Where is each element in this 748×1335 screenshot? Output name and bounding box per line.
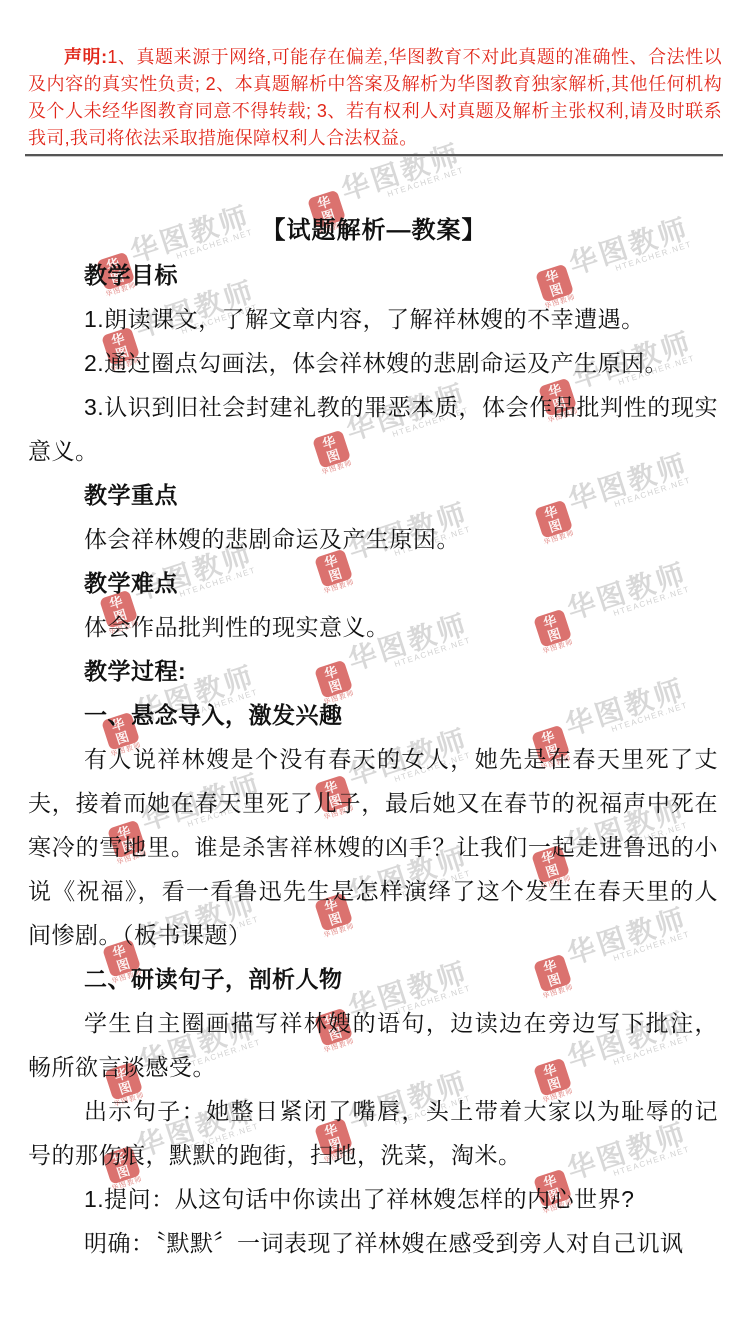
disclaimer-body: 1、真题来源于网络,可能存在偏差,华图教育不对此真题的准确性、合法性以及内容的真… — [28, 47, 722, 148]
document-body: 教学目标1.朗读课文，了解文章内容，了解祥林嫂的不幸遭遇。2.通过圈点勾画法，体… — [28, 253, 718, 1265]
body-paragraph: 明确：〝默默〞一词表现了祥林嫂在感受到旁人对自己讥讽 — [28, 1221, 718, 1265]
body-paragraph: 出示句子：她整日紧闭了嘴唇，头上带着大家以为耻辱的记号的那伤痕，默默的跑街，扫地… — [28, 1089, 718, 1177]
header-divider-line — [25, 154, 723, 157]
section-heading: 二、研读句子，剖析人物 — [28, 957, 718, 1001]
section-heading: 教学难点 — [28, 561, 718, 605]
document-page: 华图华图教师华图教师HTEACHER.NET华图华图教师华图教师HTEACHER… — [0, 0, 748, 1335]
body-paragraph: 学生自主圈画描写祥林嫂的语句，边读边在旁边写下批注，畅所欲言谈感受。 — [28, 1001, 718, 1089]
body-paragraph: 1.朗读课文，了解文章内容，了解祥林嫂的不幸遭遇。 — [28, 297, 718, 341]
section-heading: 教学过程: — [28, 649, 718, 693]
document-content: 声明:1、真题来源于网络,可能存在偏差,华图教育不对此真题的准确性、合法性以及内… — [0, 44, 748, 1265]
section-heading: 教学目标 — [28, 253, 718, 297]
body-paragraph: 3.认识到旧社会封建礼教的罪恶本质，体会作品批判性的现实意义。 — [28, 385, 718, 473]
body-paragraph: 有人说祥林嫂是个没有春天的女人，她先是在春天里死了丈夫，接着而她在春天里死了儿子… — [28, 737, 718, 957]
disclaimer-label: 声明: — [64, 47, 107, 67]
body-paragraph: 2.通过圈点勾画法，体会祥林嫂的悲剧命运及产生原因。 — [28, 341, 718, 385]
body-paragraph: 1.提问：从这句话中你读出了祥林嫂怎样的内心世界? — [28, 1177, 718, 1221]
body-paragraph: 体会祥林嫂的悲剧命运及产生原因。 — [28, 517, 718, 561]
page-title: 【试题解析—教案】 — [0, 209, 748, 253]
section-heading: 教学重点 — [28, 473, 718, 517]
body-paragraph: 体会作品批判性的现实意义。 — [28, 605, 718, 649]
section-heading: 一、悬念导入，激发兴趣 — [28, 693, 718, 737]
disclaimer-text: 声明:1、真题来源于网络,可能存在偏差,华图教育不对此真题的准确性、合法性以及内… — [28, 44, 722, 152]
